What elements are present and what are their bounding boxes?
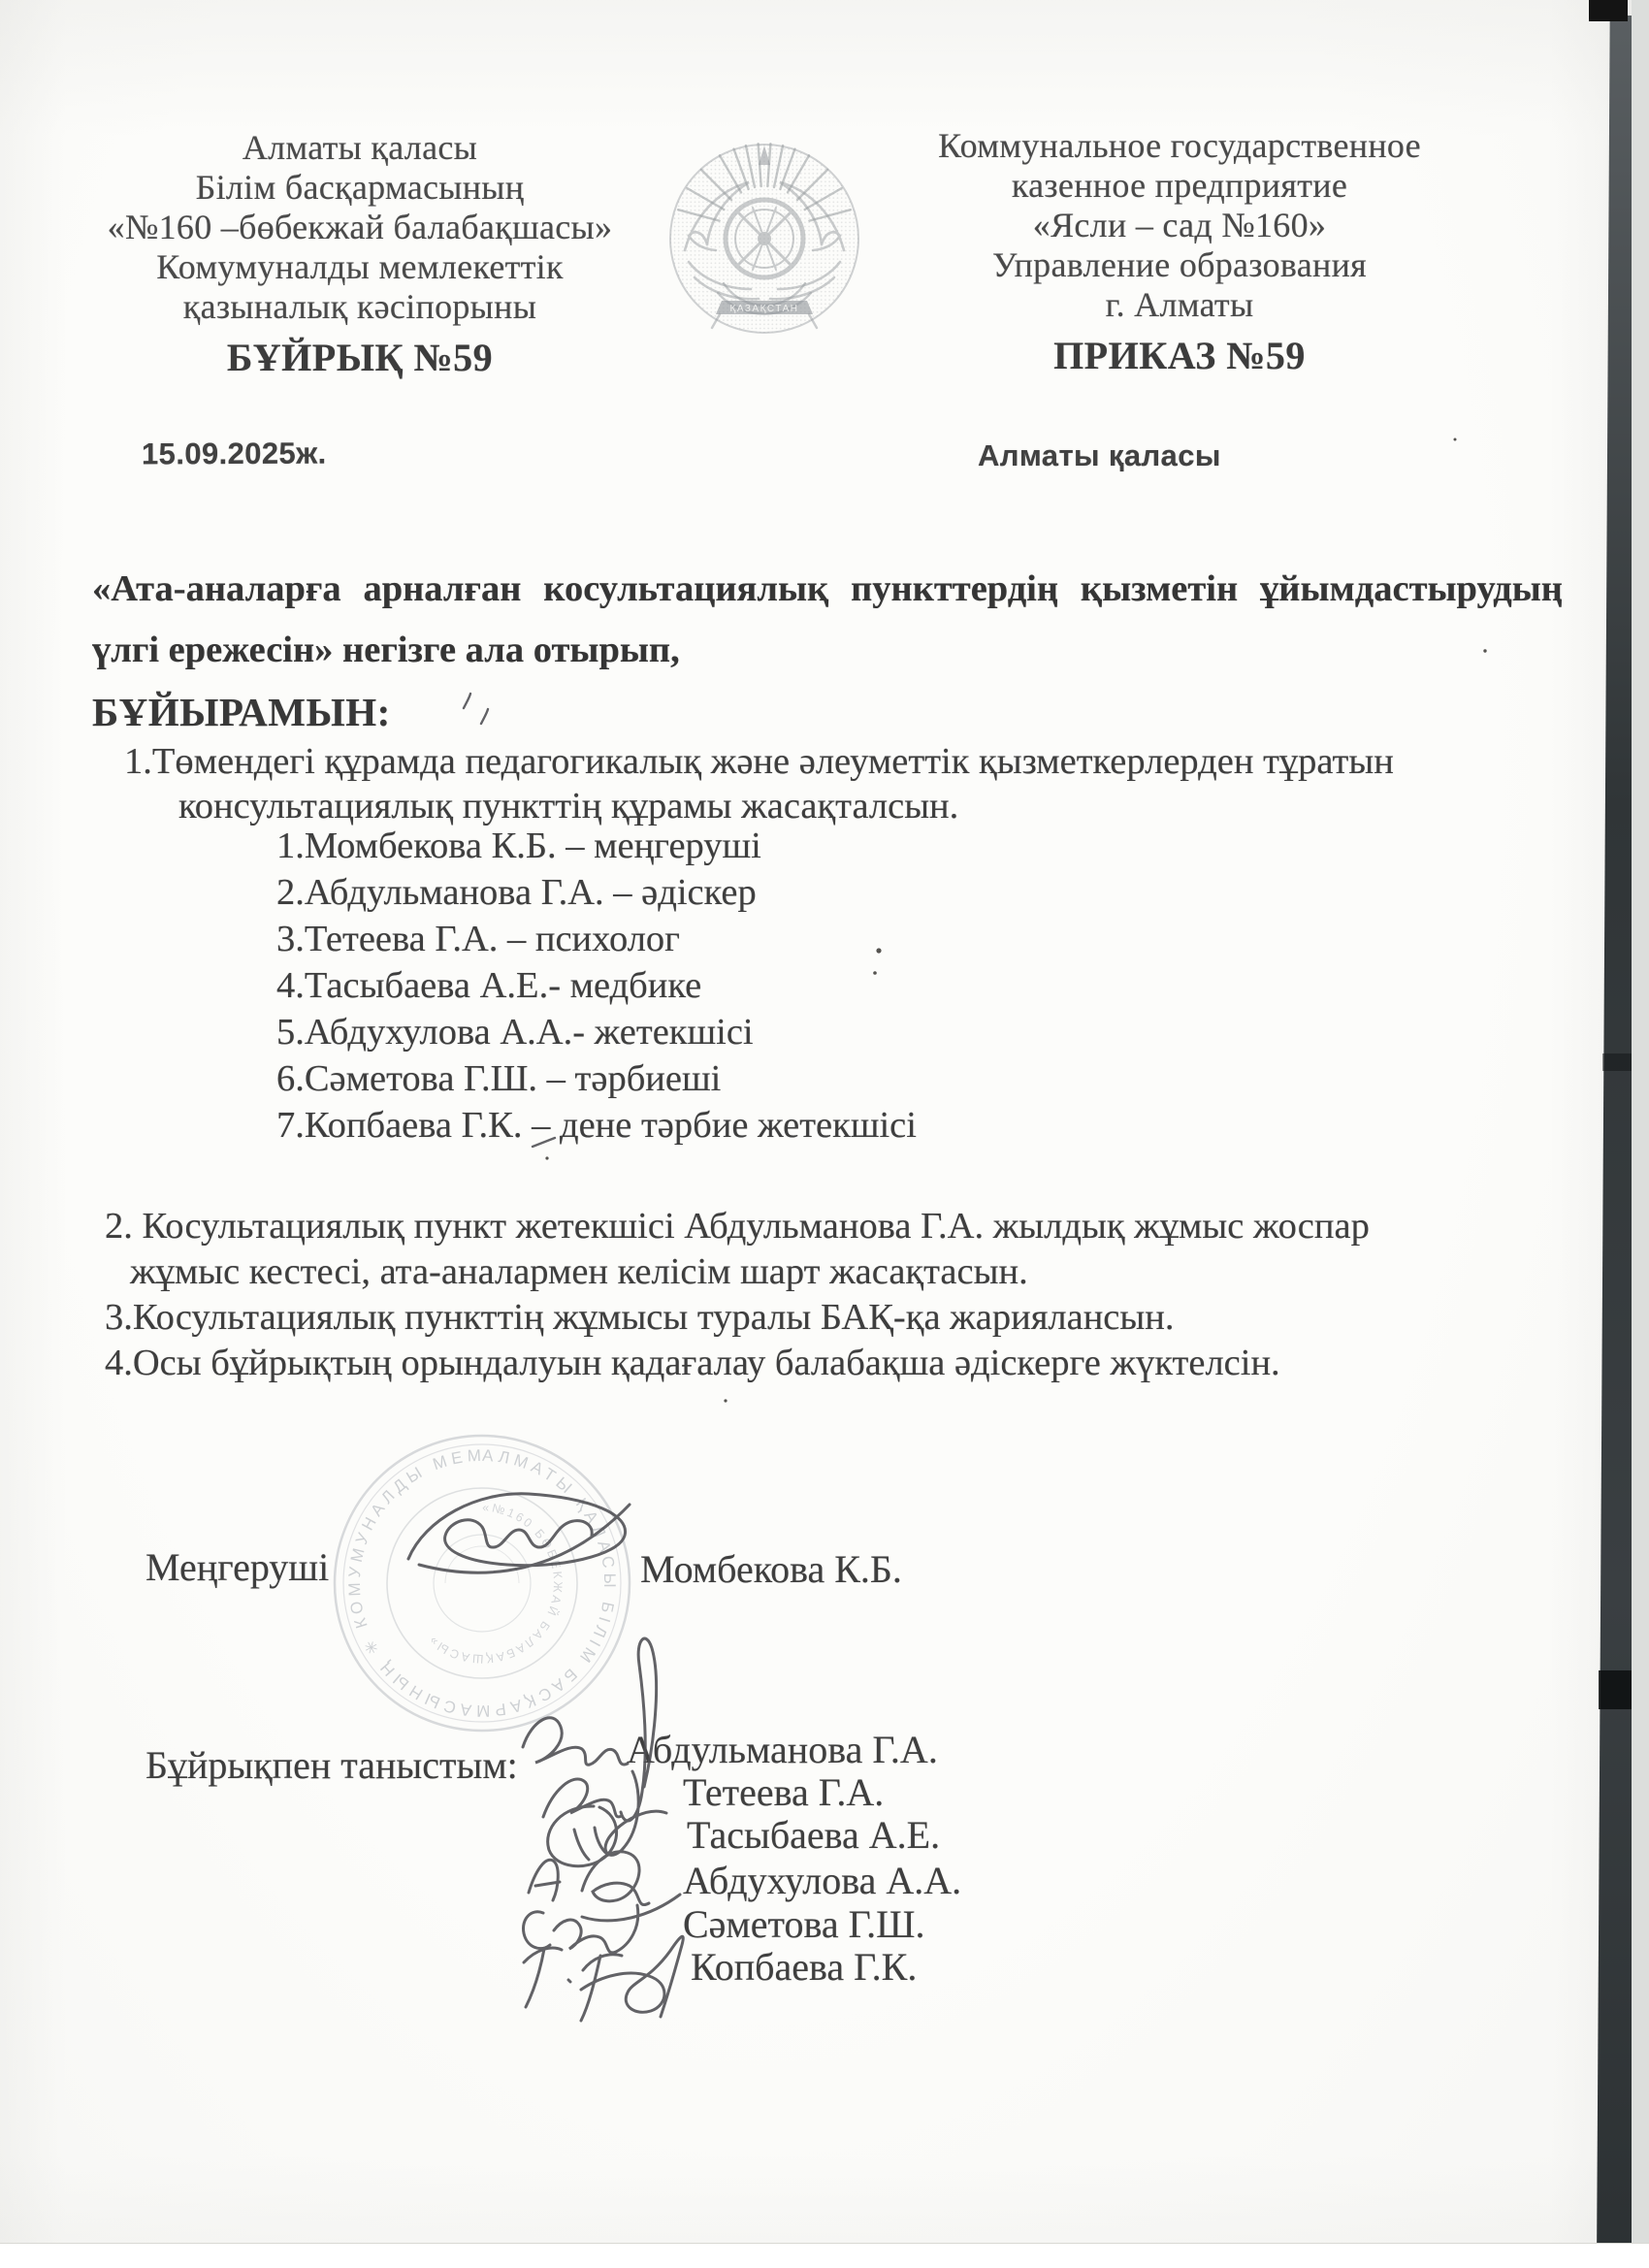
clause-3: 3.Косультациялық пункттің жұмысы туралы … [105,1295,1424,1341]
org-line: Алматы қаласы [85,128,634,168]
member-item: 5.Абдухулова А.А.- жетекшісі [276,1009,917,1055]
ack-name: Сәметова Г.Ш. [683,1901,925,1947]
signature-tasybaeva [548,1806,617,1866]
resolve-heading: БҰЙЫРАМЫН: [92,689,391,735]
stamp-inner-text: «№160 БӨБЕКЖАЙ БАЛАБАҚШАСЫ» [425,1501,565,1666]
org-line: «№160 –бөбекжай балабақшасы» [85,208,634,247]
svg-text:«№160 БӨБЕКЖАЙ БАЛАБАҚШАСЫ»: «№160 БӨБЕКЖАЙ БАЛАБАҚШАСЫ» [425,1501,565,1666]
member-item: 1.Момбекова К.Б. – меңгеруші [276,823,917,869]
member-item: 7.Копбаева Г.К. – дене тәрбие жетекшісі [276,1102,917,1149]
signature-kopbaeva [524,1936,683,2021]
signature-sametova [524,1905,638,1953]
kazakhstan-emblem-icon: ҚАЗАҚСТАН [665,136,864,344]
scan-edge-notch [1602,1053,1632,1071]
ack-name: Копбаева Г.К. [691,1944,917,1990]
org-line: Комумуналды мемлекеттік [85,247,634,287]
acknowledgement-label: Бұйрықпен таныстым: [145,1742,518,1788]
ack-name: Абдухулова А.А. [683,1858,961,1903]
members-list: 1.Момбекова К.Б. – меңгеруші 2.Абдульман… [276,823,917,1149]
signature-abdukhulova [529,1852,680,1921]
org-line: Коммунальное государственное [881,126,1478,166]
org-line: г. Алматы [881,285,1478,325]
clause-1: 1.Төмендегі құрамда педагогикалық және ә… [124,739,1483,828]
approver-name: Момбекова К.Б. [640,1546,902,1592]
org-header-russian: Коммунальное государственное казенное пр… [881,126,1478,375]
scan-edge-shadow [1597,16,1632,2268]
signature-mombekova [408,1494,630,1572]
org-line: казенное предприятие [881,166,1478,206]
org-line: қазыналық кәсіпорыны [85,287,634,327]
order-number-kazakh: БҰЙРЫҚ №59 [85,338,634,377]
order-number-russian: ПРИКАЗ №59 [881,336,1478,375]
org-line: Управление образования [881,245,1478,285]
ack-name: Тасыбаева А.Е. [687,1812,940,1858]
round-seal-stamp: АЛМАТЫ ҚАЛАСЫ БІЛІМ БАСҚАРМАСЫНЫҢ ✳ КОМУ… [317,1418,647,1748]
order-city: Алматы қаласы [978,438,1221,473]
clauses-list: 2. Косультациялық пункт жетекшісі Абдуль… [105,1204,1424,1386]
scanned-order-document: Алматы қаласы Білім басқармасының «№160 … [0,0,1649,2268]
stamp-ring-text: АЛМАТЫ ҚАЛАСЫ БІЛІМ БАСҚАРМАСЫНЫҢ ✳ КОМУ… [317,1418,619,1720]
ack-name: Абдульманова Г.А. [627,1727,938,1772]
member-item: 6.Сәметова Г.Ш. – тәрбиеші [276,1055,917,1102]
org-line: «Ясли – сад №160» [881,206,1478,245]
intro-paragraph: «Ата-аналарға арналған косультациялық пу… [92,559,1563,681]
ack-name: Тетеева Г.А. [683,1769,884,1815]
signature-teteeva [543,1771,666,1855]
org-header-kazakh: Алматы қаласы Білім басқармасының «№160 … [85,128,634,377]
member-item: 3.Тетеева Г.А. – психолог [276,916,917,962]
scan-bottom-strip [0,2243,1649,2268]
org-line: Білім басқармасының [85,168,634,208]
approver-role: Меңгеруші [145,1544,329,1590]
member-item: 4.Тасыбаева А.Е.- медбике [276,962,917,1009]
member-item: 2.Абдульманова Г.А. – әдіскер [276,869,917,916]
clause-2: 2. Косультациялық пункт жетекшісі Абдуль… [105,1204,1424,1295]
scan-edge-corner [1589,0,1628,21]
order-date: 15.09.2025ж. [142,437,327,472]
svg-text:АЛМАТЫ ҚАЛАСЫ БІЛІМ БАСҚАРМАСЫ: АЛМАТЫ ҚАЛАСЫ БІЛІМ БАСҚАРМАСЫНЫҢ ✳ КОМУ… [317,1418,619,1720]
scan-edge-outer [1632,0,1649,2268]
emblem-banner-text: ҚАЗАҚСТАН [730,304,799,314]
scan-edge-notch [1599,1670,1632,1709]
clause-4: 4.Осы бұйрықтың орындалуын қадағалау бал… [105,1341,1424,1386]
